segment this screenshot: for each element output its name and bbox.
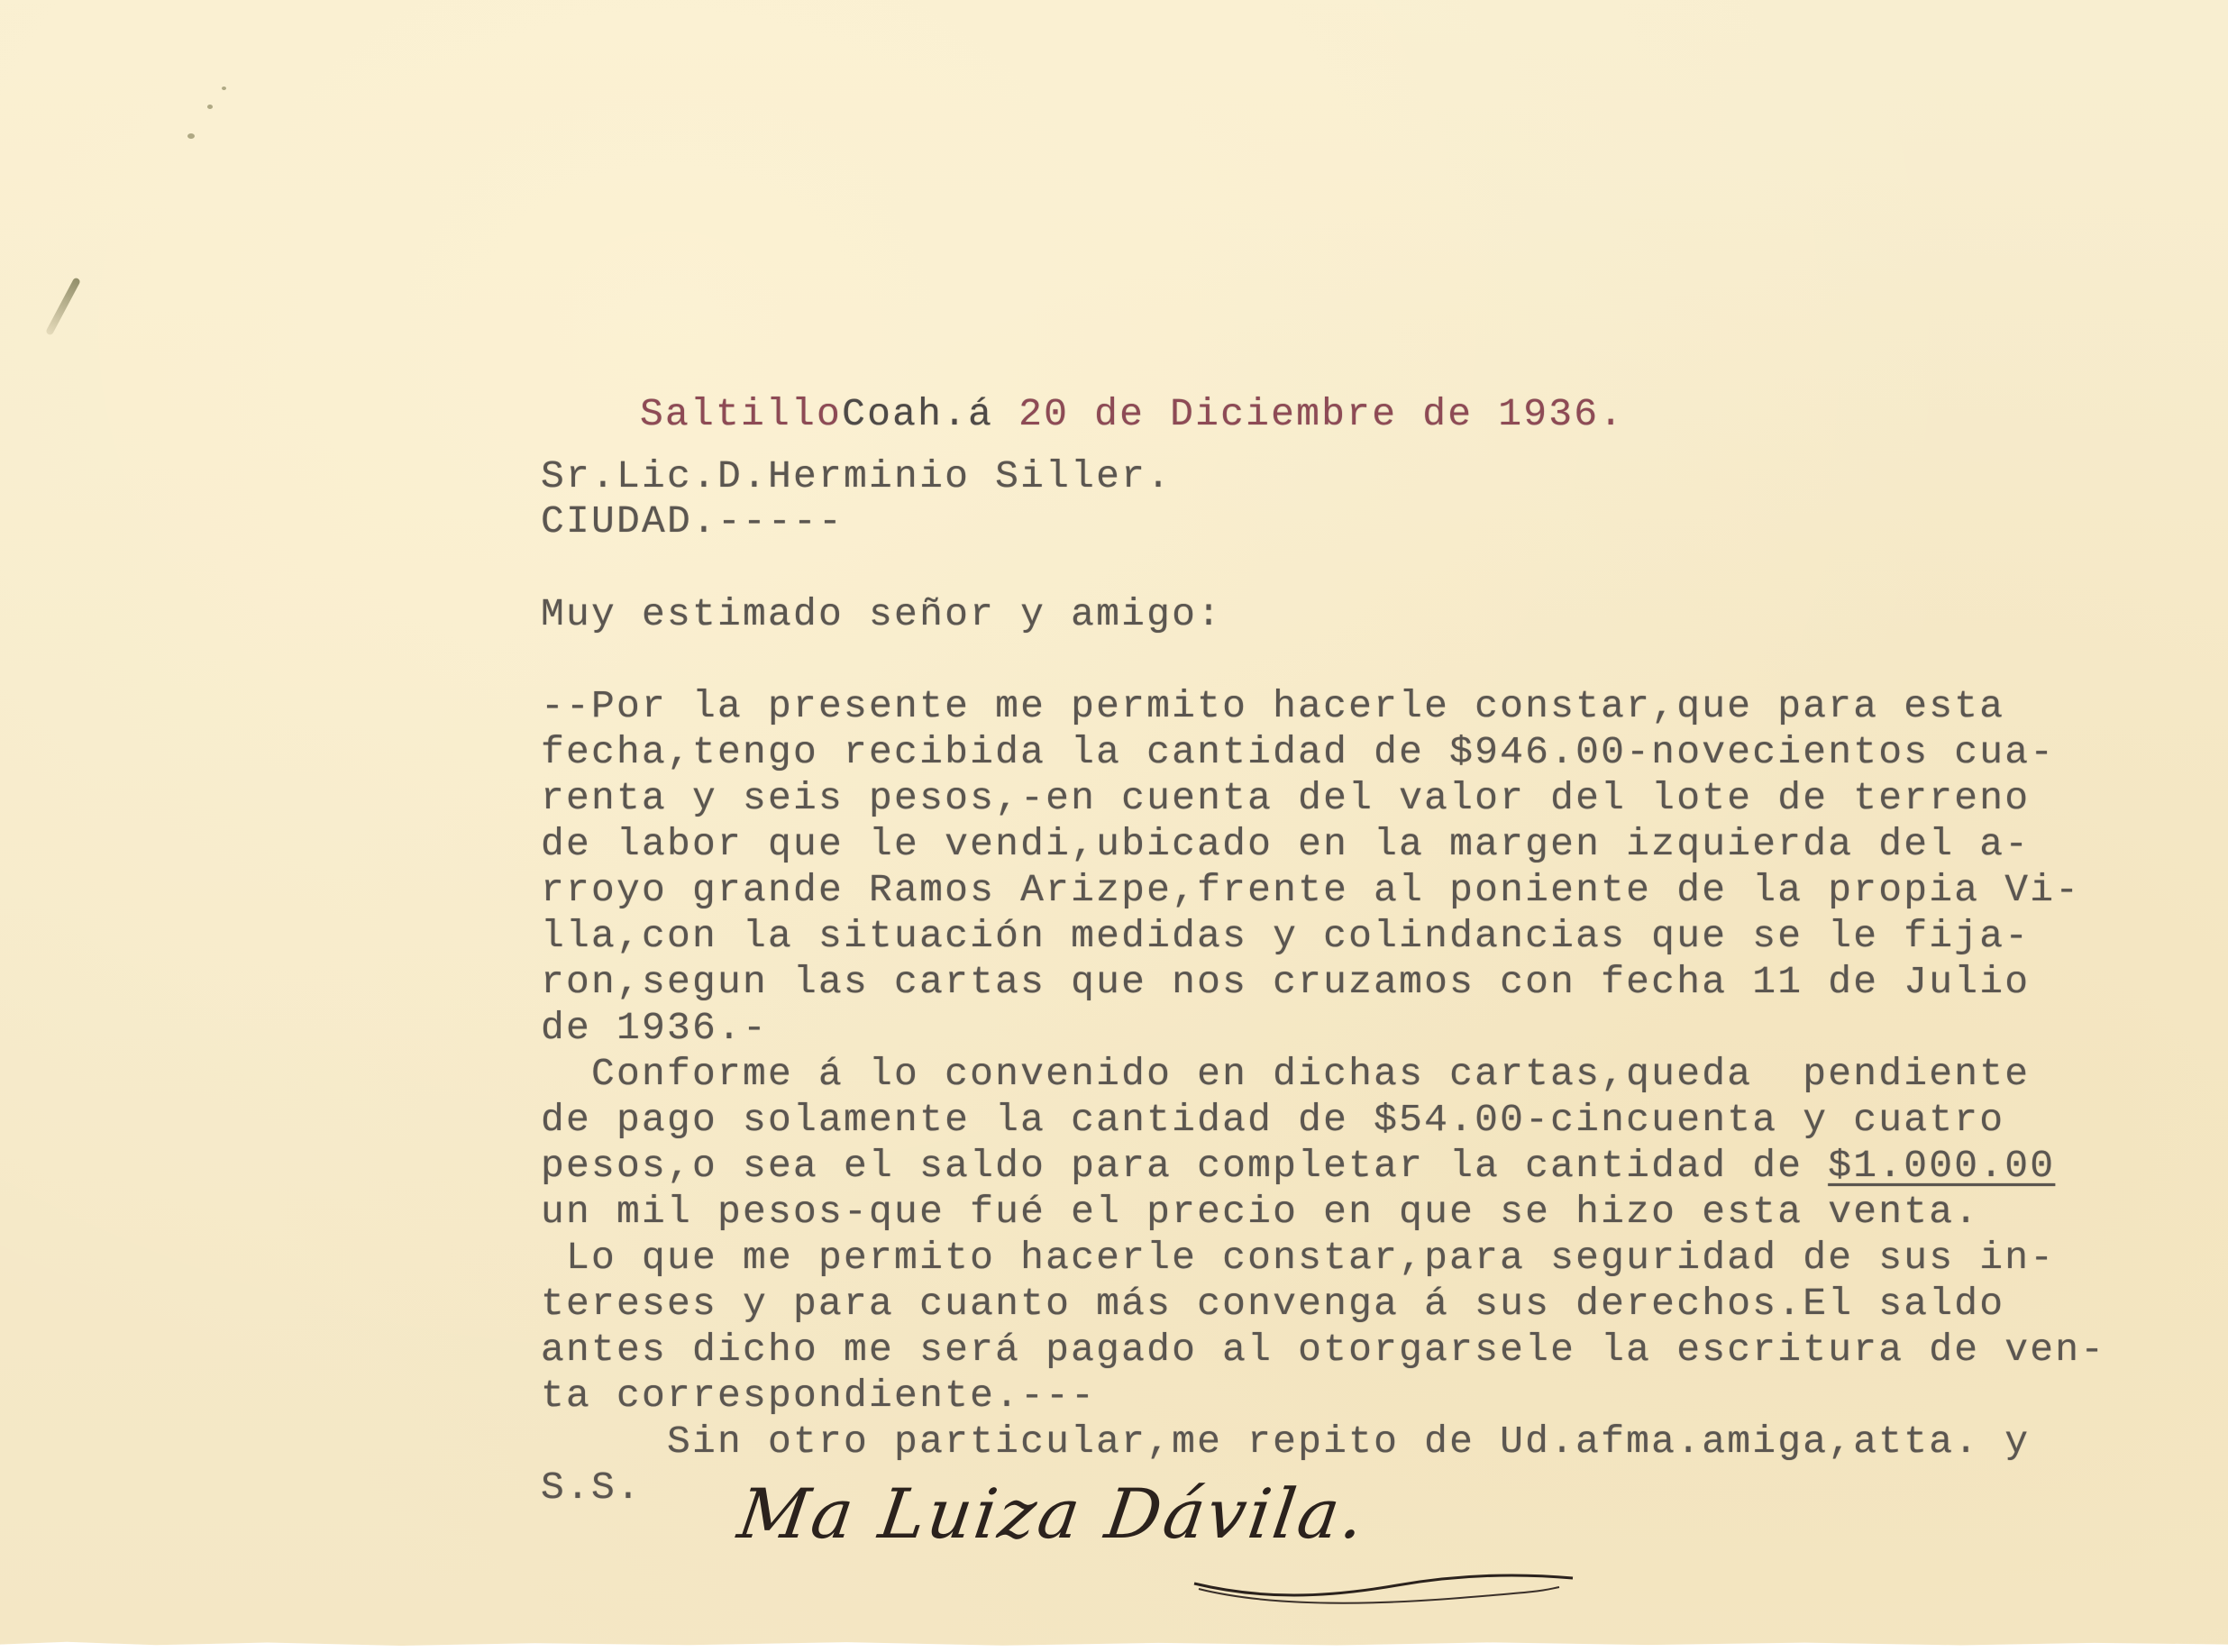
salutation: Muy estimado señor y amigo: [541, 595, 1222, 634]
dateline-accent: á [968, 392, 993, 436]
total-amount: $1.000.00 [1828, 1144, 2055, 1188]
body-line: S.S. [541, 1468, 642, 1507]
body-line: Conforme á lo convenido en dichas cartas… [541, 1054, 2030, 1093]
paper-smudge [45, 277, 81, 336]
dateline-place: Saltillo [640, 392, 842, 436]
body-line: antes dicho me será pagado al otorgarsel… [541, 1330, 2105, 1369]
body-line: de 1936.- [541, 1009, 768, 1047]
body-line: Lo que me permito hacerle constar,para s… [541, 1238, 2055, 1277]
letter-page: SaltilloCoah.á 20 de Diciembre de 1936. … [0, 0, 2228, 1652]
body-line: rroyo grande Ramos Arizpe,frente al poni… [541, 871, 2080, 909]
paper-speck [207, 105, 213, 109]
paper-speck [222, 87, 226, 90]
torn-bottom-edge [0, 1639, 2228, 1652]
addressee-name: Sr.Lic.D.Herminio Siller. [541, 457, 1172, 496]
paper-speck [187, 133, 195, 139]
handwritten-signature: Ma Luiza Dávila. [734, 1474, 1372, 1554]
body-line: de pago solamente la cantidad de $54.00-… [541, 1100, 2004, 1139]
addressee-city: CIUDAD.----- [541, 502, 844, 541]
body-line: renta y seis pesos,-en cuenta del valor … [541, 779, 2030, 817]
body-line: fecha,tengo recibida la cantidad de $946… [541, 733, 2055, 771]
body-line: lla,con la situación medidas y colindanc… [541, 917, 2030, 955]
body-line: ron,segun las cartas que nos cruzamos co… [541, 963, 2030, 1001]
body-line: de labor que le vendi,ubicado en la marg… [541, 825, 2030, 863]
body-line: ta correspondiente.--- [541, 1376, 1096, 1415]
body-line: --Por la presente me permito hacerle con… [541, 687, 2004, 726]
body-line: un mil pesos-que fué el precio en que se… [541, 1192, 1979, 1231]
dateline-date: 20 de Diciembre de 1936. [993, 392, 1624, 436]
body-line: pesos,o sea el saldo para completar la c… [541, 1146, 2055, 1185]
body-line-text: pesos,o sea el saldo para completar la c… [541, 1144, 1828, 1188]
signature-underline-flourish [1190, 1573, 1577, 1609]
body-line: Sin otro particular,me repito de Ud.afma… [541, 1422, 2030, 1461]
body-line: tereses y para cuanto más convenga á sus… [541, 1284, 2004, 1323]
dateline-state: Coah. [842, 392, 968, 436]
